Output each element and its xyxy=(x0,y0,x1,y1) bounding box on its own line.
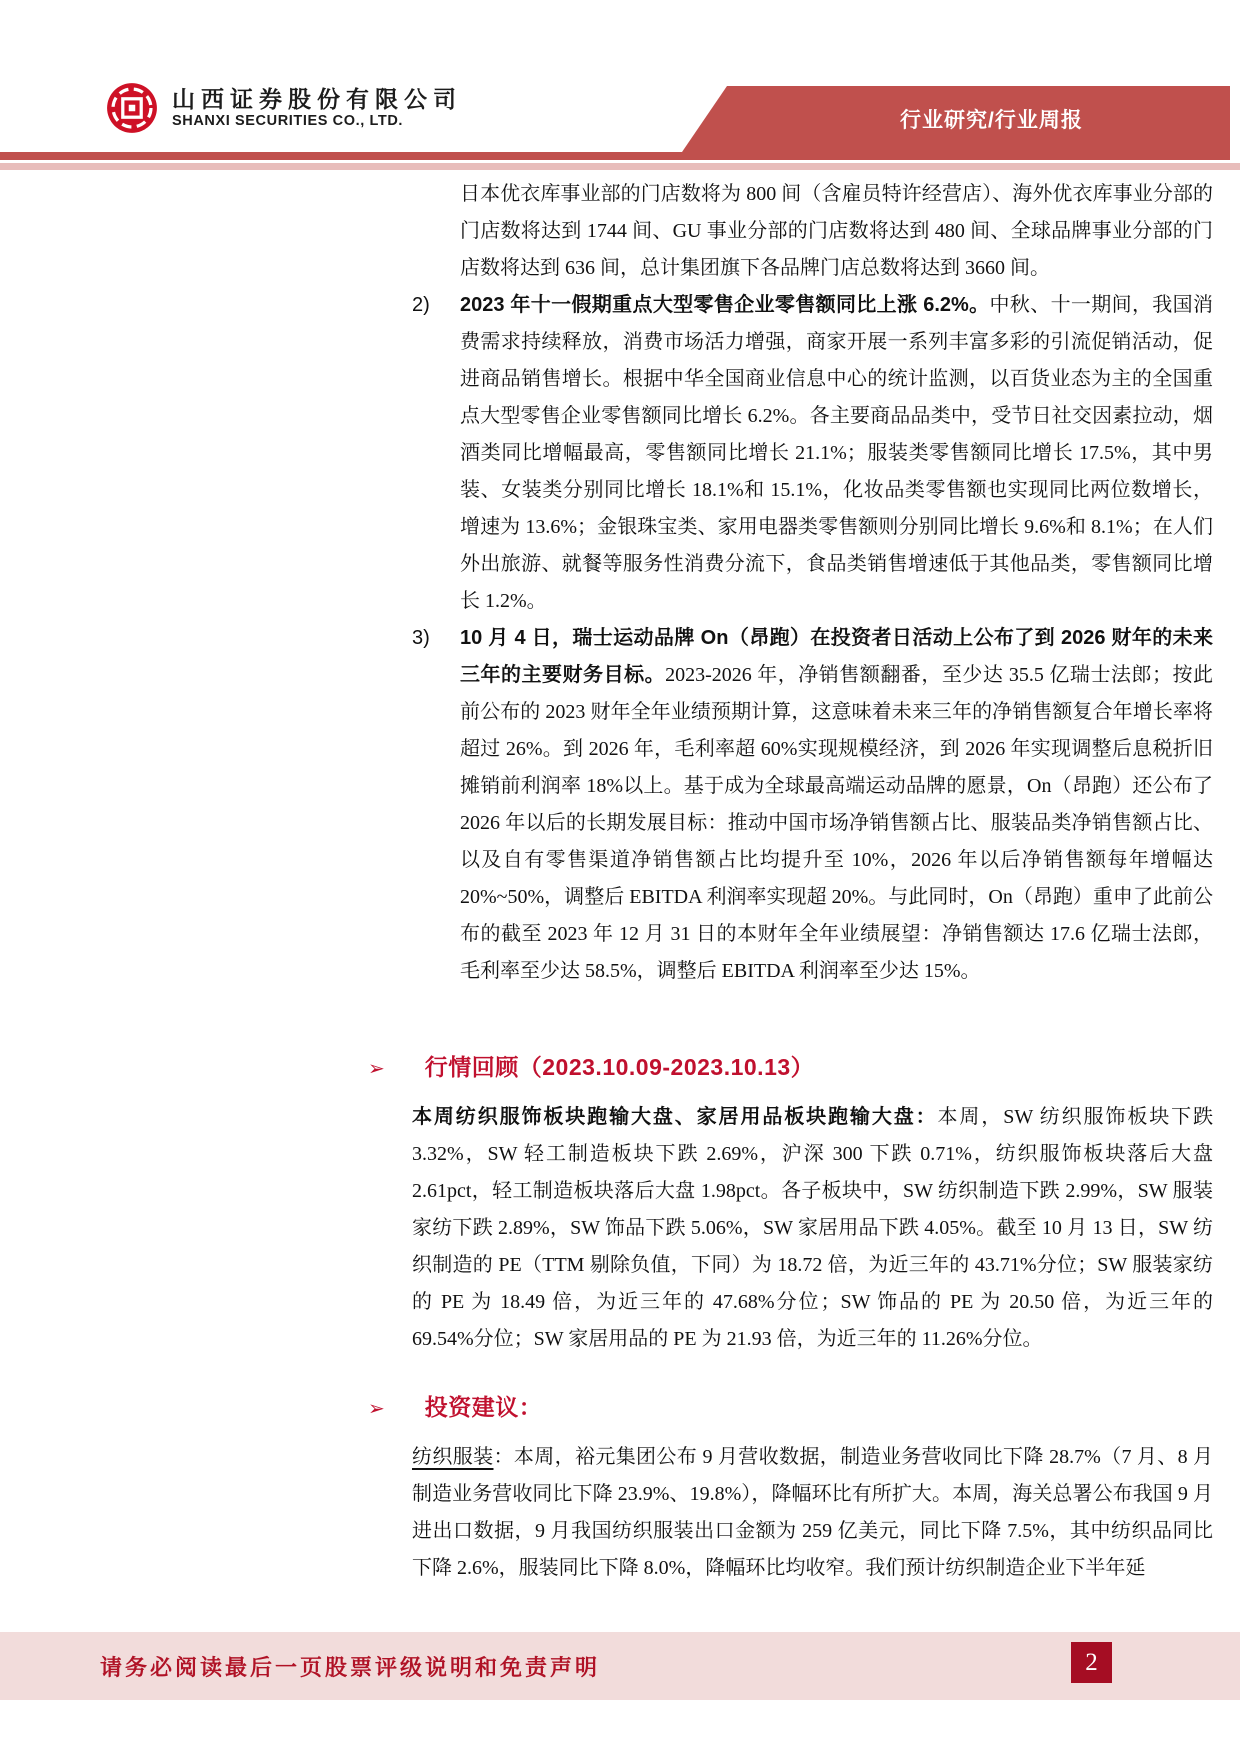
list-item-2-number: 2) xyxy=(412,287,430,324)
footer-band: 请务必阅读最后一页股票评级说明和免责声明 2 xyxy=(0,1632,1240,1700)
arrow-bullet-icon: ➢ xyxy=(368,1393,385,1423)
footer-disclaimer: 请务必阅读最后一页股票评级说明和免责声明 xyxy=(100,1632,600,1700)
section-market-review-header: ➢ 行情回顾（2023.10.09-2023.10.13） xyxy=(368,1052,1213,1083)
page-number-badge: 2 xyxy=(1071,1642,1112,1683)
arrow-bullet-icon: ➢ xyxy=(368,1053,385,1083)
section-investment-advice-header: ➢ 投资建议： xyxy=(368,1392,1213,1423)
list-item-3-text: 2023-2026 年，净销售额翻番，至少达 35.5 亿瑞士法郎；按此前公布的… xyxy=(460,664,1213,982)
list-item-3-number: 3) xyxy=(412,620,430,657)
list-item-3: 3) 10 月 4 日，瑞士运动品牌 On（昂跑）在投资者日活动上公布了到 20… xyxy=(412,620,1213,990)
company-name-cn: 山西证券股份有限公司 xyxy=(172,86,462,112)
section-market-review: ➢ 行情回顾（2023.10.09-2023.10.13） 本周纺织服饰板块跑输… xyxy=(368,1052,1213,1358)
section-investment-advice: ➢ 投资建议： 纺织服装：本周，裕元集团公布 9 月营收数据，制造业务营收同比下… xyxy=(368,1392,1213,1587)
header-divider-light xyxy=(0,163,1240,170)
report-type-banner: 行业研究/行业周报 xyxy=(682,86,1230,152)
report-type-label: 行业研究/行业周报 xyxy=(900,104,1083,134)
investment-advice-subsector-label: 纺织服装 xyxy=(412,1446,493,1468)
list-item-2-headline: 2023 年十一假期重点大型零售企业零售额同比上涨 6.2%。 xyxy=(460,294,990,316)
section-investment-advice-title: 投资建议： xyxy=(425,1392,543,1422)
header-divider-dark xyxy=(0,152,1230,160)
list-item-2: 2) 2023 年十一假期重点大型零售企业零售额同比上涨 6.2%。中秋、十一期… xyxy=(412,287,1213,620)
list-item-1-text: 日本优衣库事业部的门店数将为 800 间（含雇员特许经营店）、海外优衣库事业分部… xyxy=(460,183,1213,279)
market-review-text: 本周，SW 纺织服饰板块下跌 3.32%，SW 轻工制造板块下跌 2.69%，沪… xyxy=(412,1106,1213,1350)
section-market-review-paragraph: 本周纺织服饰板块跑输大盘、家居用品板块跑输大盘：本周，SW 纺织服饰板块下跌 3… xyxy=(412,1099,1213,1358)
market-review-lead: 本周纺织服饰板块跑输大盘、家居用品板块跑输大盘： xyxy=(412,1106,938,1128)
list-item-2-text: 中秋、十一期间，我国消费需求持续释放，消费市场活力增强，商家开展一系列丰富多彩的… xyxy=(460,294,1213,612)
list-item-1-continuation: 日本优衣库事业部的门店数将为 800 间（含雇员特许经营店）、海外优衣库事业分部… xyxy=(412,176,1213,287)
company-name-en: SHANXI SECURITIES CO., LTD. xyxy=(172,113,462,130)
body-content: 日本优衣库事业部的门店数将为 800 间（含雇员特许经营店）、海外优衣库事业分部… xyxy=(412,176,1213,990)
section-market-review-title: 行情回顾（2023.10.09-2023.10.13） xyxy=(425,1052,814,1082)
company-logo-group: 山西证券股份有限公司 SHANXI SECURITIES CO., LTD. xyxy=(106,82,462,134)
shanxi-securities-logo-icon xyxy=(106,82,158,134)
report-page: 山西证券股份有限公司 SHANXI SECURITIES CO., LTD. 行… xyxy=(0,0,1240,1754)
investment-advice-text: ：本周，裕元集团公布 9 月营收数据，制造业务营收同比下降 28.7%（7 月、… xyxy=(412,1446,1213,1579)
section-investment-advice-paragraph: 纺织服装：本周，裕元集团公布 9 月营收数据，制造业务营收同比下降 28.7%（… xyxy=(412,1439,1213,1587)
company-names: 山西证券股份有限公司 SHANXI SECURITIES CO., LTD. xyxy=(172,86,462,130)
